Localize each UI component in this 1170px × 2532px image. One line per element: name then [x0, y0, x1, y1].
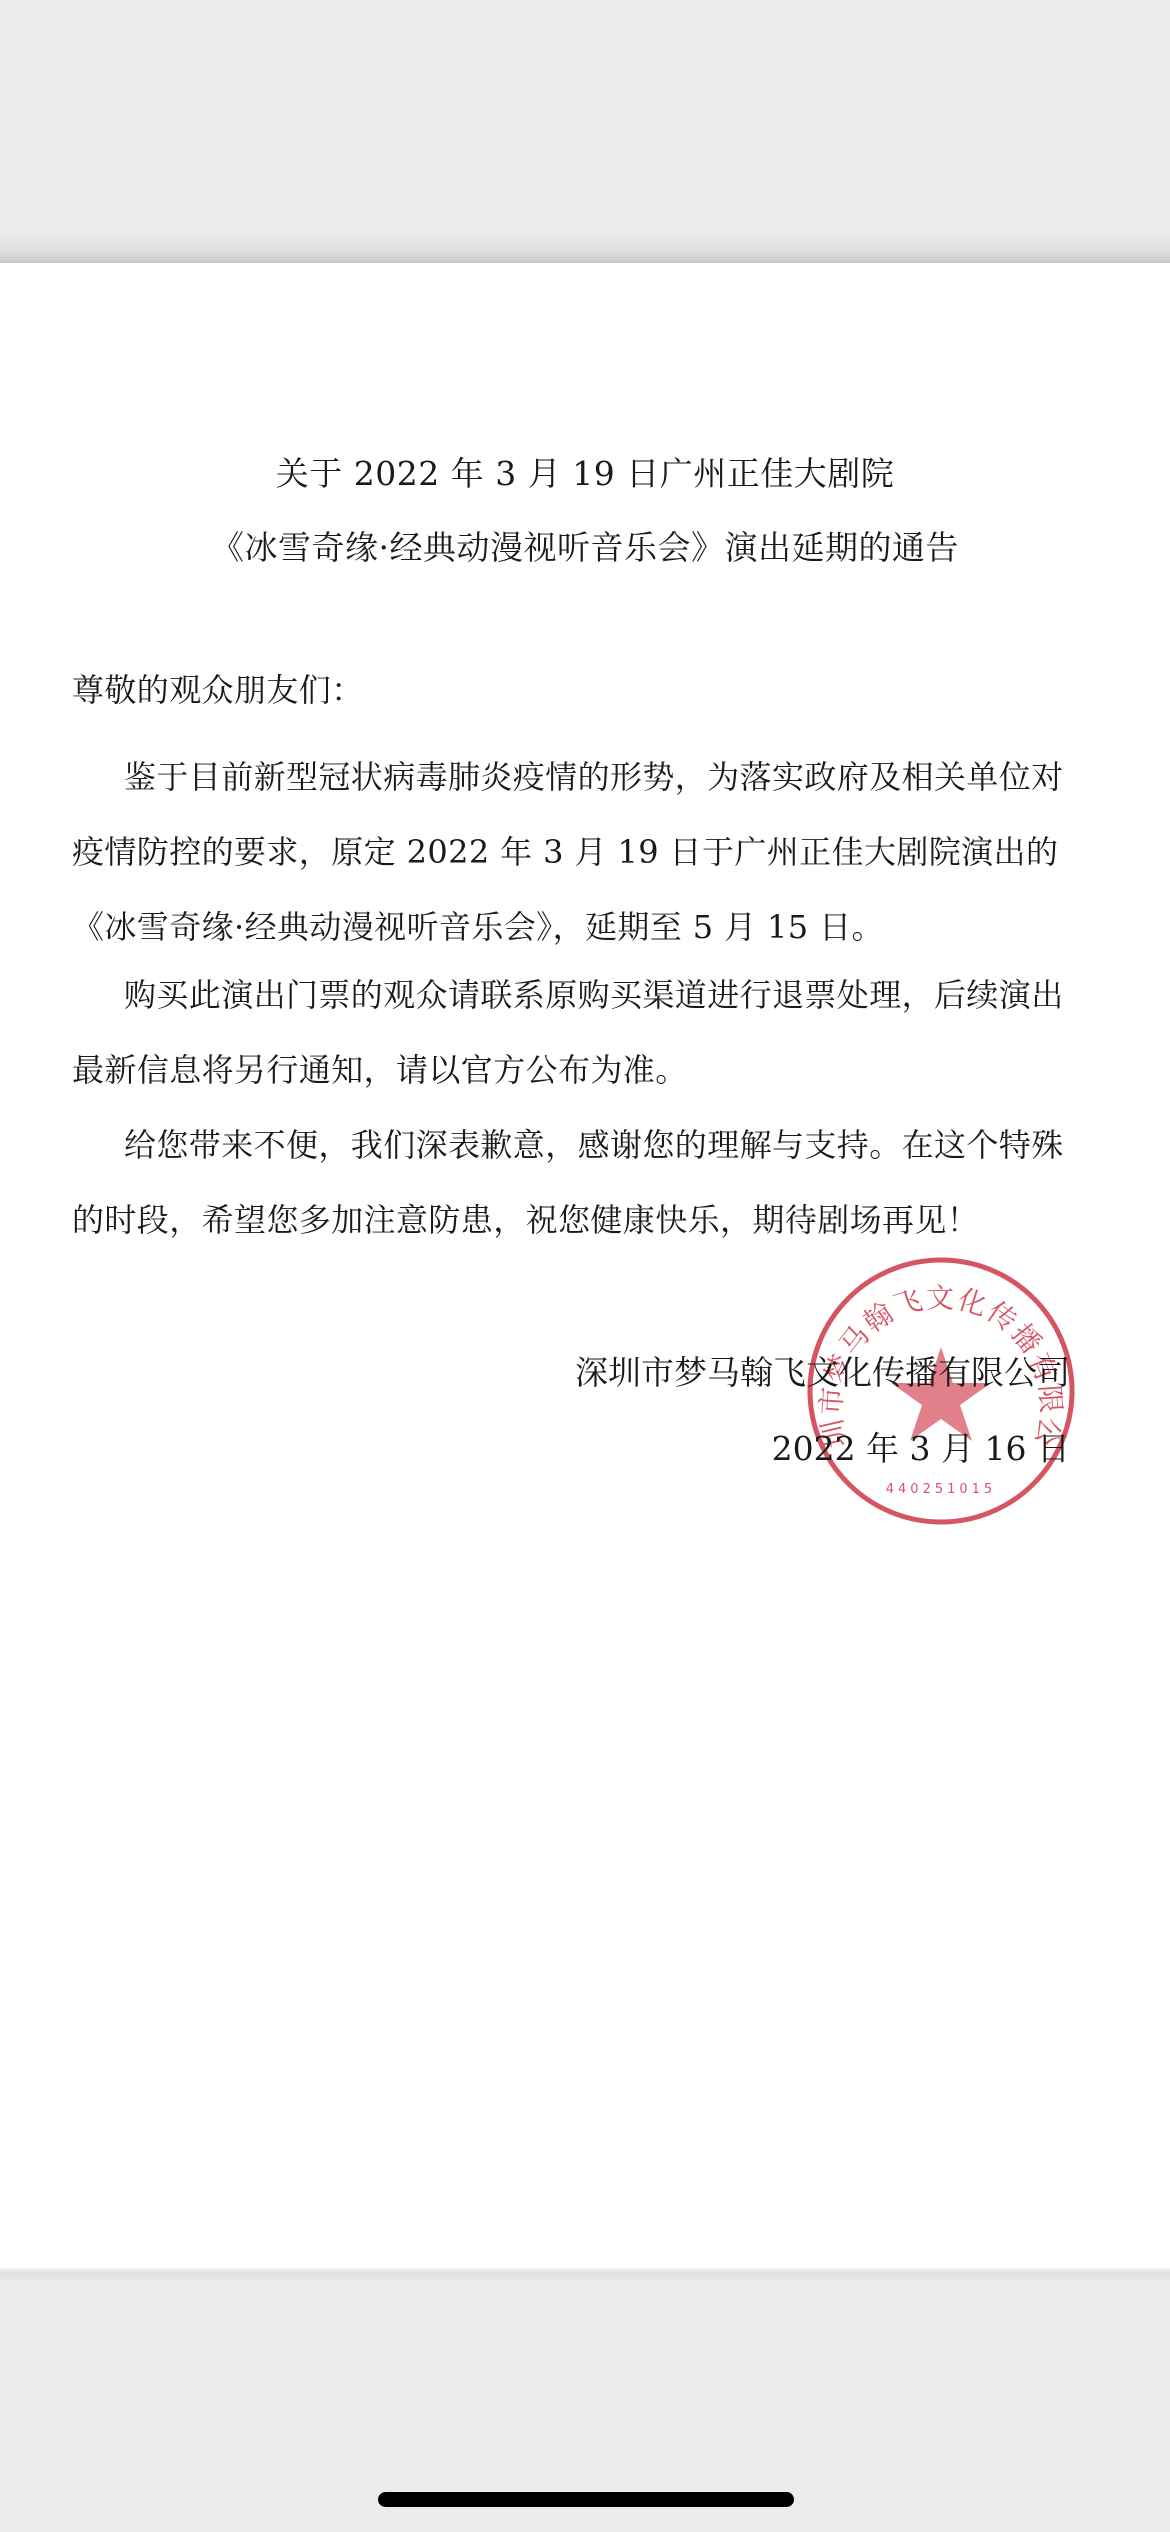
signature-date: 2022 年 3 月 16 日 [772, 1423, 1070, 1470]
svg-text:440251015: 440251015 [886, 1482, 996, 1497]
paragraph-postponement: 鉴于目前新型冠状病毒肺炎疫情的形势，为落实政府及相关单位对疫情防控的要求，原定 … [72, 740, 1072, 965]
paragraph-refund: 购买此演出门票的观众请联系原购买渠道进行退票处理，后续演出最新信息将另行通知，请… [72, 958, 1072, 1108]
viewer-bottom-shadow [0, 2268, 1170, 2282]
viewer-top-shadow [0, 230, 1170, 263]
signature-company: 深圳市梦马翰飞文化传播有限公司 [575, 1347, 1070, 1394]
paragraph-apology: 给您带来不便，我们深表歉意，感谢您的理解与支持。在这个特殊的时段，希望您多加注意… [72, 1108, 1072, 1258]
notice-title-line-1: 关于 2022 年 3 月 19 日广州正佳大剧院 [0, 448, 1170, 495]
greeting: 尊敬的观众朋友们： [72, 655, 1072, 725]
home-indicator[interactable] [378, 2492, 794, 2507]
notice-title-line-2: 《冰雪奇缘·经典动漫视听音乐会》演出延期的通告 [0, 522, 1170, 569]
